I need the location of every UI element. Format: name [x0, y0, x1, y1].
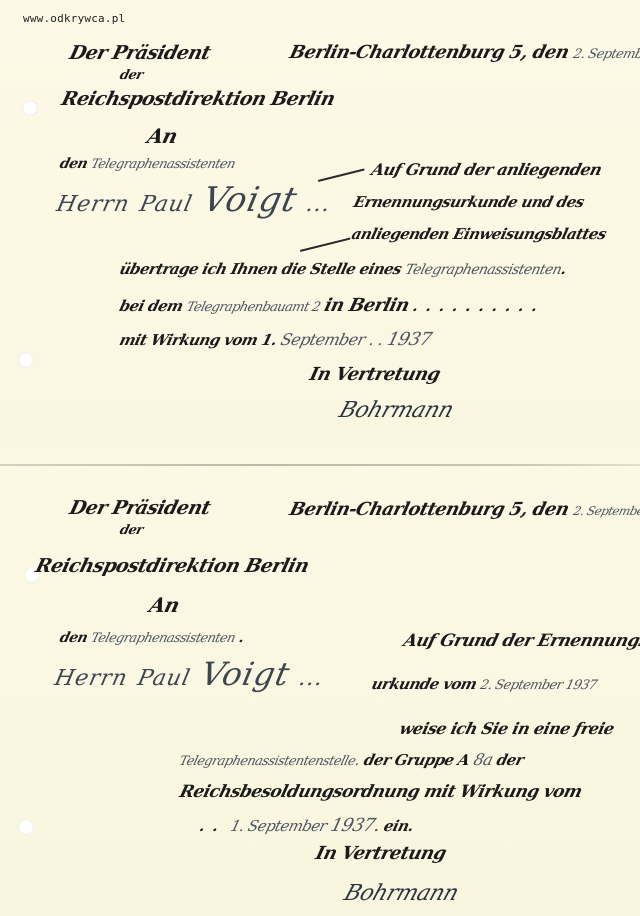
effective-day: 1.: [260, 331, 279, 349]
last-name: Voigt: [198, 655, 294, 693]
place: Berlin-Charlottenburg 5, den: [287, 42, 571, 63]
recipient-title-prefix: den: [58, 630, 89, 646]
closing: In Vertretung: [313, 843, 448, 864]
recipient-name-line: Herrn Paul Voigt ...: [52, 655, 328, 693]
recipient-title: Telegraphenassistenten: [89, 157, 236, 172]
body-line-6-dots: ..: [198, 817, 229, 835]
body-line-5-printed-b: in Berlin: [322, 295, 411, 316]
body-line-3: weise ich Sie in eine freie: [398, 719, 616, 738]
closing: In Vertretung: [307, 364, 442, 385]
body-line-6-printed: ein.: [382, 817, 415, 835]
body-line-2: Ernennungsurkunde und des: [352, 193, 586, 211]
body-line-2-handwritten: 2. September 1937: [479, 678, 599, 693]
scanned-page: www.odkrywca.pl Der Präsident der Reichs…: [0, 0, 640, 916]
recipient-title-line: den Telegraphenassistenten .: [58, 630, 245, 646]
recipient-name-line: Herrn Paul Voigt ...: [54, 180, 336, 220]
body-line-4-handwritten: Telegraphenassistenten: [403, 262, 563, 278]
sender-line-3: Reichspostdirektion Berlin: [59, 88, 337, 110]
last-name: Voigt: [199, 180, 301, 220]
to-label: An: [147, 593, 182, 617]
name-prefix: Herrn: [52, 666, 130, 691]
body-line-5-handwritten: Telegraphenbauamt 2: [185, 300, 322, 315]
effective-year: 1937.: [329, 815, 383, 836]
effective-month: September: [279, 330, 367, 349]
sender-line-1: Der Präsident: [67, 42, 212, 64]
body-line-1: Auf Grund der Ernennungs-: [402, 631, 640, 651]
sender-line-2: der: [118, 523, 144, 538]
body-line-2: urkunde vom 2. September 1937: [370, 675, 599, 693]
name-dots: ...: [297, 666, 326, 691]
recipient-title-line: den Telegraphenassistenten: [58, 156, 237, 172]
first-name: Paul: [137, 192, 194, 217]
place-date: Berlin-Charlottenburg 5, den 2. Septembe…: [287, 499, 640, 520]
body-line-4-printed: übertrage ich Ihnen die Stelle eines: [118, 260, 404, 278]
body-line-5: Reichsbesoldungsordnung mit Wirkung vom: [178, 782, 584, 802]
document-2: Der Präsident der Reichspostdirektion Be…: [0, 465, 640, 916]
to-label: An: [145, 124, 180, 148]
name-prefix: Herrn: [54, 192, 132, 217]
punch-hole: [18, 352, 34, 368]
recipient-title: Telegraphenassistenten: [89, 631, 236, 646]
body-line-4: Telegraphenassistentenstelle. der Gruppe…: [178, 750, 526, 769]
first-name: Paul: [135, 666, 192, 691]
sender-line-1: Der Präsident: [67, 497, 212, 519]
punch-hole: [22, 100, 38, 116]
body-line-2-printed: urkunde vom: [370, 675, 479, 693]
effective-date-handwritten: 1. September: [229, 817, 329, 835]
body-line-5-printed-a: bei dem: [118, 297, 185, 315]
body-line-4: übertrage ich Ihnen die Stelle eines Tel…: [118, 260, 568, 278]
body-line-1: Auf Grund der anliegenden: [370, 160, 604, 179]
place: Berlin-Charlottenburg 5, den: [287, 499, 571, 520]
sender-line-3: Reichspostdirektion Berlin: [33, 555, 311, 577]
name-dots: ...: [304, 192, 333, 217]
body-line-3: anliegenden Einweisungsblattes: [350, 225, 608, 243]
place-date: Berlin-Charlottenburg 5, den 2. Septembe…: [287, 42, 640, 63]
sender-line-2: der: [118, 68, 144, 83]
dash-stroke: [300, 237, 351, 252]
date: 2. September 1937: [572, 47, 640, 62]
pay-grade: 8a: [472, 750, 495, 769]
body-line-6: mit Wirkung vom 1. September . . 1937: [117, 329, 433, 350]
signature: Bohrmann: [341, 881, 462, 906]
body-line-4-printed-b: der: [495, 751, 526, 769]
signature: Bohrmann: [336, 398, 457, 423]
body-line-5: bei dem Telegraphenbauamt 2 in Berlin ..…: [117, 295, 548, 316]
dash-stroke: [318, 168, 365, 182]
body-line-4-printed: der Gruppe A: [362, 751, 471, 769]
document-1: Der Präsident der Reichspostdirektion Be…: [0, 0, 640, 465]
body-line-4-handwritten: Telegraphenassistentenstelle: [178, 754, 357, 769]
body-line-6-printed: mit Wirkung vom: [118, 331, 260, 349]
body-line-6: .. 1. September 1937. ein.: [197, 815, 416, 836]
date: 2. September 193: [572, 504, 640, 518]
effective-year: 1937: [385, 329, 434, 350]
body-line-5-dots: ..........: [411, 297, 548, 315]
punch-hole: [18, 819, 34, 835]
recipient-title-prefix: den: [58, 156, 89, 172]
